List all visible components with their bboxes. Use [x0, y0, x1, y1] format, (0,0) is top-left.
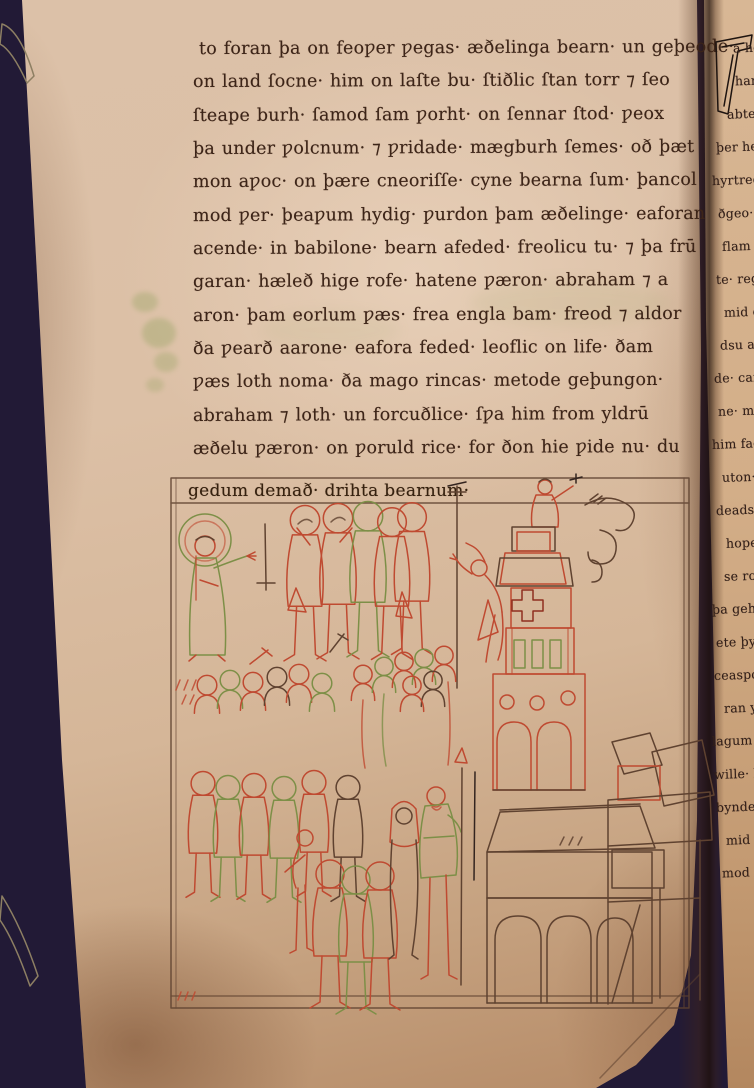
- page-weight-pointer-top: [0, 24, 34, 83]
- facing-fragment: ðgeo· ned: [718, 204, 754, 221]
- tower-building: [608, 733, 714, 1004]
- bending-figure: [285, 830, 313, 953]
- grass-tufts: [176, 680, 582, 1000]
- facing-fragment: lagum: [712, 732, 753, 748]
- facing-fragment: flam mæ: [722, 237, 754, 254]
- manuscript-photo: { "manuscript": { "lines": [ "to foran þ…: [0, 0, 754, 1088]
- plumb-line-tool: [257, 524, 275, 590]
- babel-tower: [493, 474, 585, 790]
- facing-fragment: him face: [712, 435, 754, 452]
- climbing-figure: [450, 543, 503, 662]
- facing-fragment: te· regna: [716, 270, 754, 287]
- facing-fragment: þa gehal: [712, 600, 754, 617]
- illustration-canvas: [0, 0, 754, 1088]
- hall-building: [487, 804, 655, 1003]
- facing-fragment: dsu ab: [720, 336, 754, 352]
- page-weight-pointer-bottom: [0, 896, 38, 986]
- parchment-stains: [82, 29, 662, 1001]
- facing-fragment: a ho: [733, 40, 754, 56]
- facing-fragment: ran ys: [724, 699, 754, 715]
- facing-fragment: mid st: [726, 831, 754, 847]
- facing-fragment: har: [735, 73, 754, 89]
- stray-line: [600, 974, 700, 1078]
- facing-fragment: wille· byr: [714, 765, 754, 782]
- facing-fragment: ceaspor t: [714, 666, 754, 683]
- facing-fragment: ete þylm: [716, 633, 754, 650]
- tower-workman: [532, 474, 583, 527]
- facing-fragment: deadscua: [716, 501, 754, 518]
- facing-fragment: de· can: [714, 369, 754, 386]
- procession-group: [285, 748, 479, 1014]
- facing-fragment: mid con: [724, 303, 754, 320]
- leader-figure: [420, 748, 467, 985]
- builders-group: [284, 482, 466, 688]
- facing-fragment: abte· f: [727, 105, 754, 121]
- facing-fragment: se rond: [724, 567, 754, 584]
- facing-fragment: mod: [722, 865, 750, 881]
- foliate-ornament: [585, 494, 634, 582]
- facing-fragment: hyrtredon: [712, 171, 754, 188]
- crowd-right: [351, 646, 455, 768]
- facing-fragment: uton· þe: [722, 468, 754, 485]
- facing-fragment: hope· þ: [726, 534, 754, 551]
- facing-fragment: ne· mid: [718, 402, 754, 419]
- ground-marks: [185, 656, 488, 987]
- facing-fragment: bynde· r: [716, 798, 754, 815]
- facing-fragment: þer heo: [716, 138, 754, 155]
- god-figure: [179, 514, 256, 661]
